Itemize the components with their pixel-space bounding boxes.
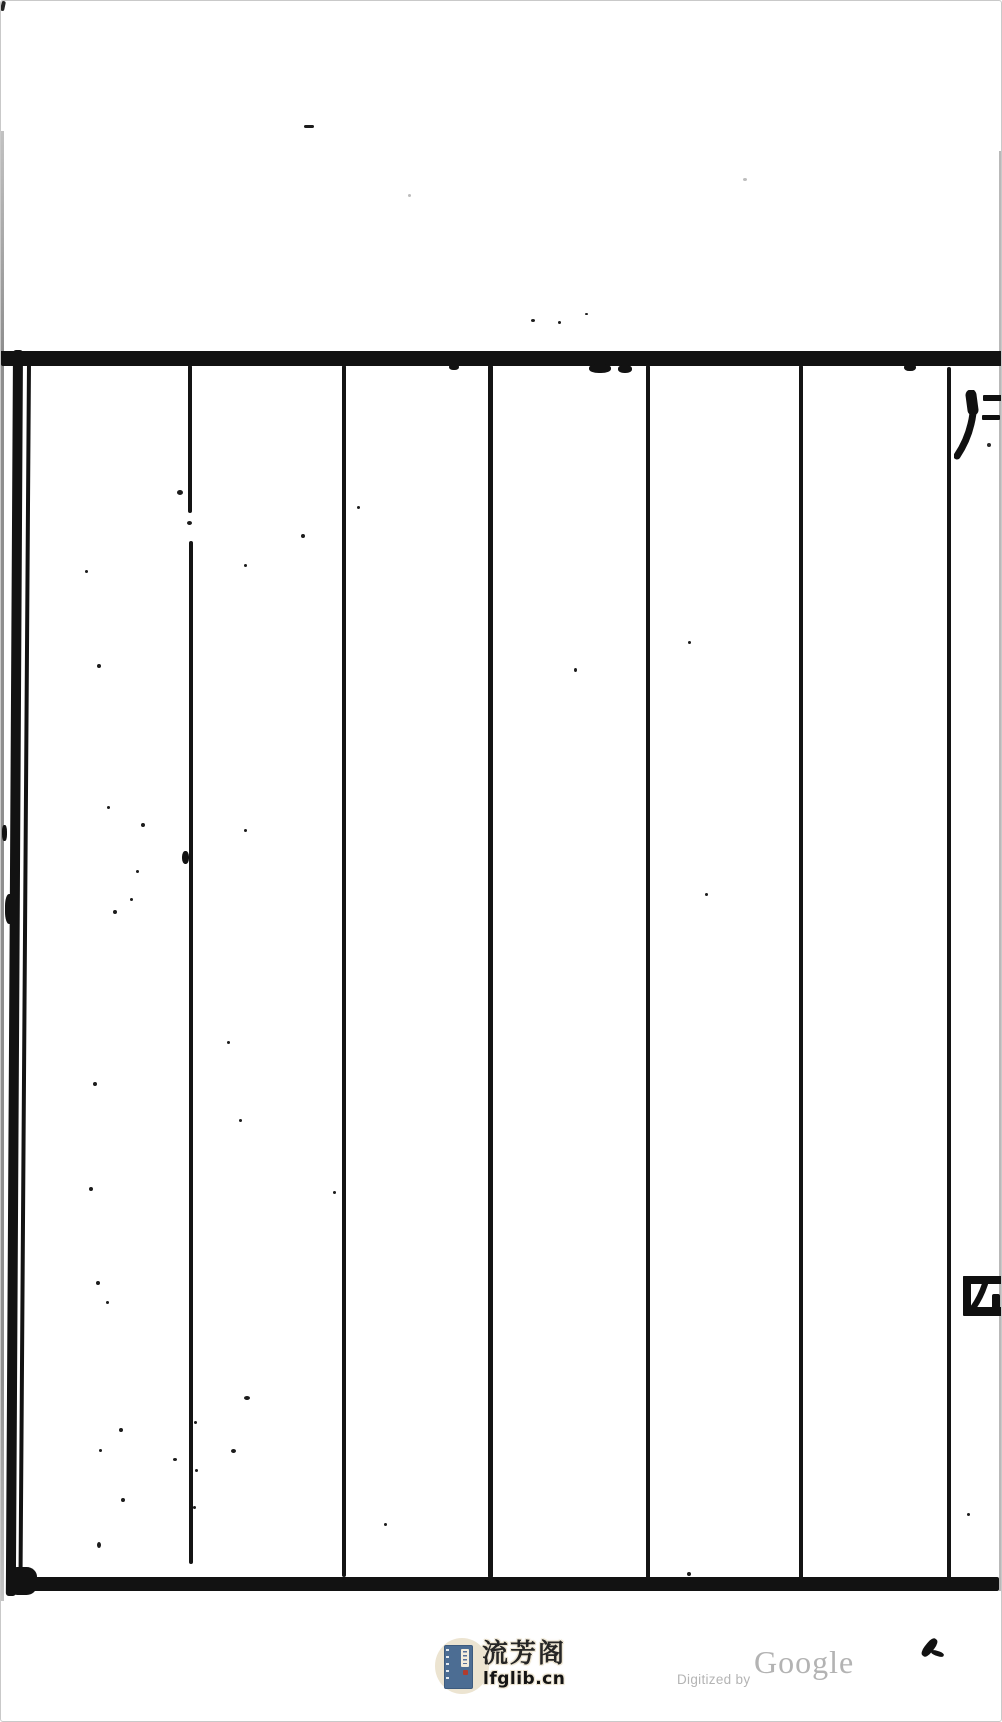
ink-speck [0, 1, 6, 12]
ink-speck [244, 564, 247, 567]
ink-blot [589, 364, 611, 373]
scanned-book-page: 月 四 [0, 0, 1002, 1722]
ink-speck [113, 910, 117, 914]
ink-speck [357, 506, 360, 509]
lfglib-logo-badge [435, 1638, 489, 1694]
ink-speck [239, 1119, 242, 1122]
ink-blot-left-edge [2, 825, 7, 841]
ink-blot [182, 851, 189, 864]
book-icon [444, 1645, 473, 1689]
frame-bottom-border [8, 1577, 999, 1591]
ink-speck [97, 1542, 101, 1548]
ink-speck [187, 521, 192, 525]
red-seal-icon [463, 1670, 468, 1675]
frame-top-border [1, 351, 1002, 366]
partial-character-top-right: 月 [954, 390, 1002, 464]
ink-speck [585, 313, 588, 315]
ink-speck [195, 1469, 198, 1472]
ink-speck [85, 570, 88, 573]
ink-speck [89, 1187, 93, 1191]
ink-speck [193, 1506, 196, 1509]
ink-blot [449, 364, 459, 370]
ink-speck [119, 1428, 123, 1432]
ink-speck [705, 893, 708, 896]
column-line [799, 365, 803, 1579]
ink-speck [177, 490, 183, 495]
column-line [188, 365, 192, 513]
ink-blot [904, 364, 916, 371]
ink-speck [967, 1513, 970, 1516]
ink-speck [96, 1281, 100, 1285]
ink-speck [136, 870, 139, 873]
ink-speck [227, 1041, 230, 1044]
ink-speck [106, 1301, 109, 1304]
ink-speck [384, 1523, 387, 1526]
ink-speck [97, 664, 101, 668]
digitized-by-label: Digitized by [677, 1672, 750, 1687]
ink-speck [333, 1191, 336, 1194]
ink-speck [688, 641, 691, 644]
ink-speck [130, 898, 133, 901]
ink-speck [408, 194, 411, 197]
ink-smudge [931, 1649, 945, 1658]
scan-edge-right [999, 151, 1001, 1591]
ink-speck [141, 823, 145, 827]
ink-speck [93, 1082, 97, 1086]
ink-speck [687, 1572, 691, 1576]
ink-speck [558, 321, 561, 324]
column-line [947, 367, 951, 1579]
ink-speck [244, 829, 247, 832]
ink-blot-left-edge [5, 894, 15, 924]
ink-speck [194, 1421, 197, 1424]
ink-speck [304, 125, 314, 128]
column-line [189, 541, 193, 1564]
ink-speck [743, 178, 747, 181]
column-line [488, 365, 493, 1578]
partial-character-right-margin: 四 [959, 1272, 1002, 1318]
column-line [342, 365, 346, 1577]
ink-speck [173, 1458, 177, 1461]
ink-speck [244, 1396, 250, 1400]
lfglib-site-name: 流芳阁 [482, 1641, 582, 1668]
google-logo-text: Google [754, 1644, 854, 1681]
ink-speck [99, 1449, 102, 1452]
ink-speck [107, 806, 110, 809]
lfglib-domain: lfglib.cn [483, 1669, 565, 1689]
ink-speck [231, 1449, 236, 1453]
ink-speck [531, 319, 535, 322]
ink-speck [121, 1498, 125, 1502]
book-title-label [461, 1649, 469, 1667]
ink-speck [301, 534, 305, 538]
ink-blot [618, 365, 632, 373]
column-line [646, 365, 650, 1579]
ink-speck [574, 668, 577, 672]
